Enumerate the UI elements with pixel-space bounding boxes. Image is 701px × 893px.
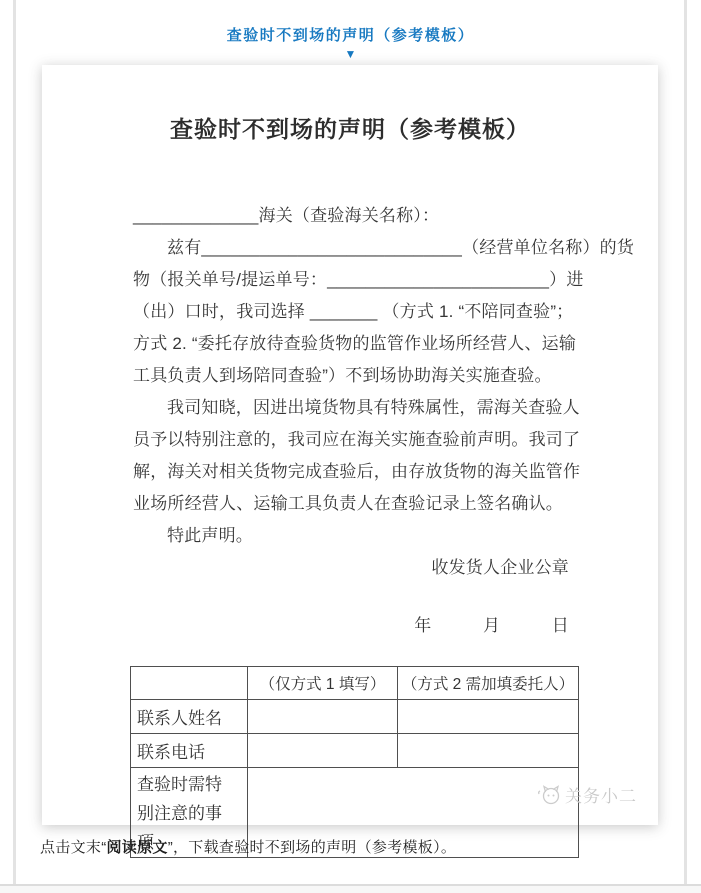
table-cell: [398, 734, 579, 768]
caption-readoriginal: 阅读原文: [107, 839, 168, 856]
doc-line: 物（报关单号/提运单号：_______________________）进: [133, 264, 569, 296]
contact-table: （仅方式 1 填写） （方式 2 需加填委托人） 联系人姓名 联系电话 查验时需…: [130, 666, 579, 858]
right-border-line: [684, 0, 687, 885]
down-triangle-icon: ▼: [0, 48, 701, 60]
section-header: 查验时不到场的声明（参考模板） ▼: [0, 0, 701, 60]
doc-line: 兹有___________________________（经营单位名称）的货: [133, 232, 569, 264]
table-header-row: （仅方式 1 填写） （方式 2 需加填委托人）: [131, 667, 579, 700]
table-row: 联系电话: [131, 734, 579, 768]
doc-line: 工具负责人到场陪同查验”）不到场协助海关实施查验。: [133, 360, 569, 392]
watermark-label: 关务小二: [565, 782, 637, 807]
row-label-contact-name: 联系人姓名: [131, 700, 248, 734]
article-frame: 查验时不到场的声明（参考模板） ▼ 查验时不到场的声明（参考模板） ______…: [0, 0, 701, 893]
section-title: 查验时不到场的声明（参考模板）: [0, 24, 701, 45]
table-row: 联系人姓名: [131, 700, 579, 734]
document-page: 查验时不到场的声明（参考模板） _____________海关（查验海关名称）：…: [42, 65, 658, 825]
table-header-mode2: （方式 2 需加填委托人）: [398, 667, 579, 700]
mascot-cat-icon: [536, 781, 562, 807]
doc-line: _____________海关（查验海关名称）：: [133, 200, 569, 232]
document-body: _____________海关（查验海关名称）： 兹有_____________…: [133, 200, 569, 642]
signature-line: 收发货人企业公章: [133, 552, 569, 584]
doc-line: 业场所经营人、运输工具负责人在查验记录上签名确认。: [133, 488, 569, 520]
doc-line: 我司知晓，因进出境货物具有特殊属性，需海关查验人: [133, 392, 569, 424]
doc-line: 员予以特别注意的，我司应在海关实施查验前声明。我司了: [133, 424, 569, 456]
watermark: 关务小二: [536, 781, 637, 807]
left-border-line: [13, 0, 16, 885]
table-cell: [398, 700, 579, 734]
footer-caption: 点击文末“阅读原文”，下载查验时不到场的声明（参考模板）。: [40, 836, 680, 857]
table-header-mode1: （仅方式 1 填写）: [248, 667, 398, 700]
doc-line: 解，海关对相关货物完成查验后，由存放货物的海关监管作: [133, 456, 569, 488]
table-cell: [248, 734, 398, 768]
doc-line: （出）口时，我司选择 _______ （方式 1. “不陪同查验”；: [133, 296, 569, 328]
doc-line: 方式 2. “委托存放待查验货物的监管作业场所经营人、运输: [133, 328, 569, 360]
caption-prefix: 点击文末“: [40, 839, 107, 856]
date-line: 年 月 日: [133, 610, 569, 642]
table-header-empty-cell: [131, 667, 248, 700]
table-cell: [248, 700, 398, 734]
caption-suffix: ”，下载查验时不到场的声明（参考模板）。: [168, 839, 457, 856]
bottom-strip: [0, 886, 701, 893]
document-title: 查验时不到场的声明（参考模板）: [42, 111, 658, 144]
doc-line: 特此声明。: [133, 520, 569, 552]
row-label-contact-phone: 联系电话: [131, 734, 248, 768]
